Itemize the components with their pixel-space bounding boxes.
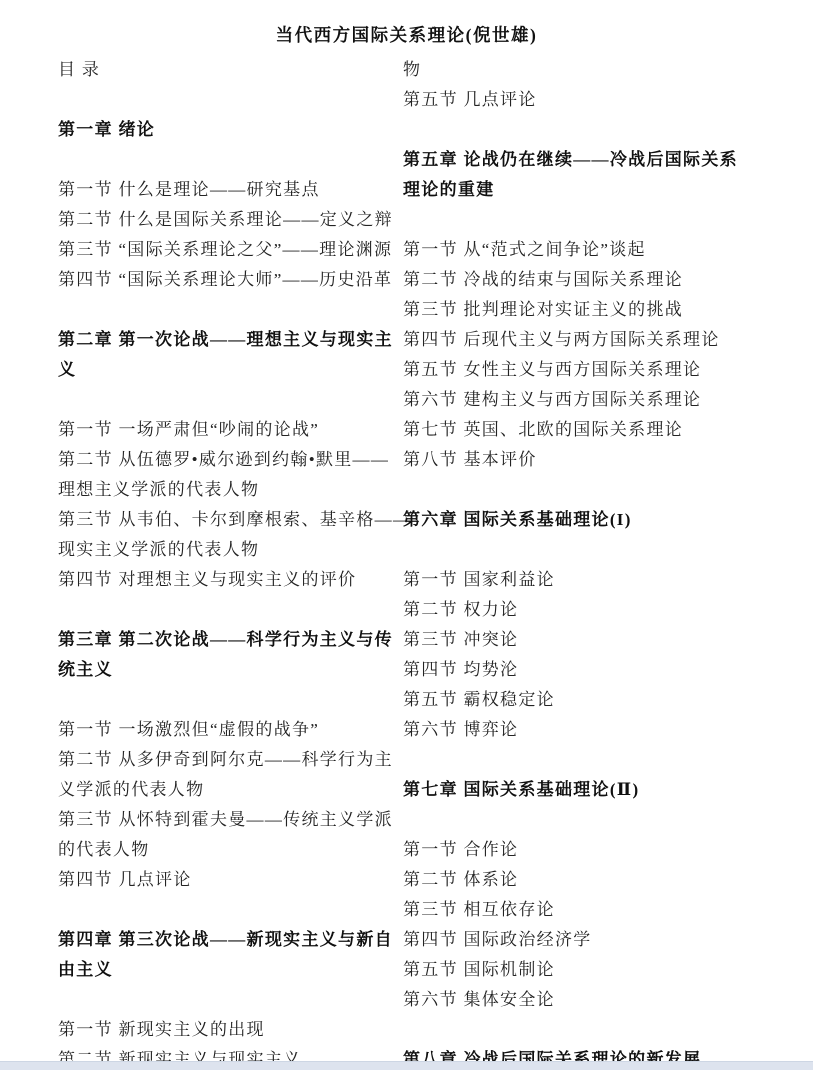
toc-blank-line [403, 535, 775, 565]
toc-section-line: 第二节 从伍德罗•威尔逊到约翰•默里—— [58, 445, 416, 475]
toc-section-line: 第三节 从怀特到霍夫曼——传统主义学派 [58, 805, 416, 835]
toc-section-line: 第四节 几点评论 [58, 865, 416, 895]
toc-heading-line: 目 录 [58, 55, 416, 85]
toc-section-line: 第四节 后现代主义与两方国际关系理论 [403, 325, 775, 355]
toc-section-line: 第二节 体系论 [403, 865, 775, 895]
toc-section-line: 第六节 建构主义与西方国际关系理论 [403, 385, 775, 415]
toc-blank-line [58, 85, 416, 115]
toc-chapter-continuation-line: 理论的重建 [403, 175, 775, 205]
toc-section-line: 第五节 女性主义与西方国际关系理论 [403, 355, 775, 385]
toc-blank-line [403, 1015, 775, 1045]
toc-section-line: 第四节 “国际关系理论大师”——历史沿革 [58, 265, 416, 295]
toc-blank-line [58, 385, 416, 415]
toc-continuation-line: 的代表人物 [58, 835, 416, 865]
toc-section-line: 第七节 英国、北欧的国际关系理论 [403, 415, 775, 445]
toc-chapter-continuation-line: 统主义 [58, 655, 416, 685]
toc-chapter-continuation-line: 义 [58, 355, 416, 385]
toc-section-line: 第四节 对理想主义与现实主义的评价 [58, 565, 416, 595]
toc-blank-line [403, 205, 775, 235]
toc-continuation-line: 现实主义学派的代表人物 [58, 535, 416, 565]
toc-chapter-continuation-line: 由主义 [58, 955, 416, 985]
toc-section-line: 第五节 国际机制论 [403, 955, 775, 985]
toc-continuation-line: 义学派的代表人物 [58, 775, 416, 805]
toc-blank-line [58, 895, 416, 925]
toc-section-line: 第二节 冷战的结束与国际关系理论 [403, 265, 775, 295]
toc-chapter-line: 第七章 国际关系基础理论(Ⅱ) [403, 775, 775, 805]
toc-blank-line [58, 985, 416, 1015]
toc-section-line: 第一节 一场严肃但“吵闹的论战” [58, 415, 416, 445]
toc-blank-line [403, 745, 775, 775]
toc-section-line: 第四节 国际政治经济学 [403, 925, 775, 955]
toc-section-line: 第六节 集体安全论 [403, 985, 775, 1015]
toc-chapter-line: 第三章 第二次论战——科学行为主义与传 [58, 625, 416, 655]
toc-section-line: 第三节 从韦伯、卡尔到摩根索、基辛格—— [58, 505, 416, 535]
toc-section-line: 第一节 合作论 [403, 835, 775, 865]
toc-section-line: 第一节 从“范式之间争论”谈起 [403, 235, 775, 265]
toc-continuation-line: 物 [403, 55, 775, 85]
toc-section-line: 第二节 权力论 [403, 595, 775, 625]
toc-blank-line [403, 115, 775, 145]
toc-section-line: 第一节 新现实主义的出现 [58, 1015, 416, 1045]
toc-section-line: 第一节 一场激烈但“虚假的战争” [58, 715, 416, 745]
toc-blank-line [403, 475, 775, 505]
document-title: 当代西方国际关系理论(倪世雄) [0, 22, 813, 48]
toc-section-line: 第六节 博弈论 [403, 715, 775, 745]
toc-chapter-line: 第一章 绪论 [58, 115, 416, 145]
toc-section-line: 第三节 批判理论对实证主义的挑战 [403, 295, 775, 325]
toc-section-line: 第一节 什么是理论——研究基点 [58, 175, 416, 205]
toc-column-right: 物第五节 几点评论第五章 论战仍在继续——冷战后国际关系理论的重建第一节 从“范… [403, 55, 775, 1070]
toc-chapter-line: 第五章 论战仍在继续——冷战后国际关系 [403, 145, 775, 175]
toc-column-left: 目 录第一章 绪论第一节 什么是理论——研究基点第二节 什么是国际关系理论——定… [58, 55, 416, 1070]
toc-section-line: 第二节 什么是国际关系理论——定义之辩 [58, 205, 416, 235]
toc-section-line: 第三节 相互依存论 [403, 895, 775, 925]
toc-blank-line [58, 295, 416, 325]
toc-section-line: 第三节 冲突论 [403, 625, 775, 655]
toc-section-line: 第三节 “国际关系理论之父”——理论渊源 [58, 235, 416, 265]
page-bottom-edge [0, 1061, 813, 1070]
toc-blank-line [403, 805, 775, 835]
toc-blank-line [58, 595, 416, 625]
toc-section-line: 第五节 几点评论 [403, 85, 775, 115]
toc-section-line: 第二节 从多伊奇到阿尔克——科学行为主 [58, 745, 416, 775]
document-page: 当代西方国际关系理论(倪世雄) 目 录第一章 绪论第一节 什么是理论——研究基点… [0, 0, 813, 1070]
toc-chapter-line: 第二章 第一次论战——理想主义与现实主 [58, 325, 416, 355]
toc-section-line: 第四节 均势沦 [403, 655, 775, 685]
toc-section-line: 第一节 国家利益论 [403, 565, 775, 595]
toc-blank-line [58, 145, 416, 175]
toc-section-line: 第五节 霸权稳定论 [403, 685, 775, 715]
toc-chapter-line: 第四章 第三次论战——新现实主义与新自 [58, 925, 416, 955]
toc-chapter-line: 第六章 国际关系基础理论(I) [403, 505, 775, 535]
toc-continuation-line: 理想主义学派的代表人物 [58, 475, 416, 505]
toc-section-line: 第八节 基本评价 [403, 445, 775, 475]
toc-blank-line [58, 685, 416, 715]
